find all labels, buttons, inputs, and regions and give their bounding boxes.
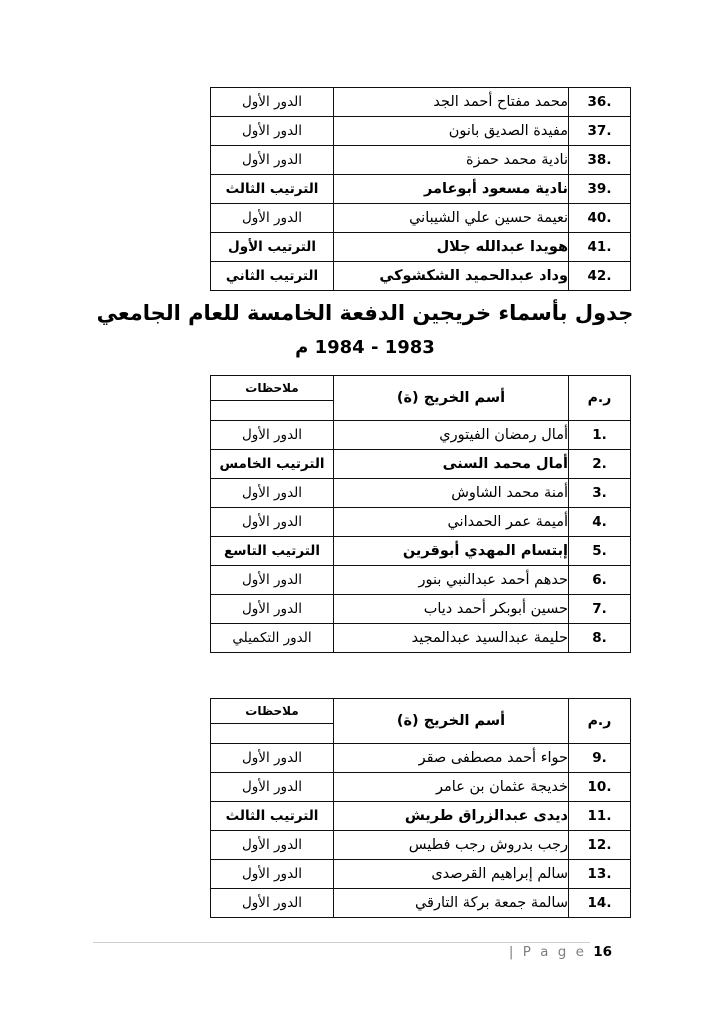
table-row: 38.نادية محمد حمزةالدور الأول [211, 146, 631, 175]
graduate-name: ديدى عبدالزراق طريش [334, 802, 569, 831]
row-number: 41. [569, 233, 631, 262]
table-row: 12.رجب بدروش رجب فطيسالدور الأول [211, 831, 631, 860]
result-note: الدور الأول [211, 595, 334, 624]
notes-header-label: ملاحظات [211, 699, 333, 724]
row-number: 7. [569, 595, 631, 624]
table-row: 1.أمال رمضان الفيتوريالدور الأول [211, 421, 631, 450]
row-number: 5. [569, 537, 631, 566]
table-row: 4.أميمة عمر الحمدانيالدور الأول [211, 508, 631, 537]
column-header-name: أسم الخريج (ة) [334, 699, 569, 744]
row-number: 13. [569, 860, 631, 889]
row-number: 40. [569, 204, 631, 233]
row-number: 12. [569, 831, 631, 860]
row-number: 2. [569, 450, 631, 479]
result-note: الدور الأول [211, 566, 334, 595]
column-header-number: ر.م [569, 376, 631, 421]
row-number: 11. [569, 802, 631, 831]
result-note: الدور الأول [211, 744, 334, 773]
result-note: الدور الأول [211, 421, 334, 450]
graduate-name: نادية محمد حمزة [334, 146, 569, 175]
result-note: الدور الأول [211, 889, 334, 918]
section-title: جدول بأسماء خريجين الدفعة الخامسة للعام … [70, 301, 660, 325]
graduate-name: مفيدة الصديق بانون [334, 117, 569, 146]
table-row: 37.مفيدة الصديق بانونالدور الأول [211, 117, 631, 146]
table-row: 2.أمال محمد السنىالترتيب الخامس [211, 450, 631, 479]
graduate-name: خديجة عثمان بن عامر [334, 773, 569, 802]
footer-divider [93, 942, 590, 943]
graduate-name: نادية مسعود أبوعامر [334, 175, 569, 204]
table-row: 3.أمنة محمد الشاوشالدور الأول [211, 479, 631, 508]
row-number: 36. [569, 88, 631, 117]
result-note: الدور الأول [211, 773, 334, 802]
table-header-row: ر.م أسم الخريج (ة) ملاحظات [211, 699, 631, 744]
table-row: 7.حسين أبوبكر أحمد ديابالدور الأول [211, 595, 631, 624]
table-row: 8.حليمة عبدالسيد عبدالمجيدالدور التكميلي [211, 624, 631, 653]
row-number: 6. [569, 566, 631, 595]
table-row: 40.نعيمة حسين علي الشيبانيالدور الأول [211, 204, 631, 233]
graduate-name: سالمة جمعة بركة التارقي [334, 889, 569, 918]
graduates-table-1-8: ر.م أسم الخريج (ة) ملاحظات 1.أمال رمضان … [210, 375, 631, 653]
result-note: الدور الأول [211, 88, 334, 117]
result-note: الدور الأول [211, 204, 334, 233]
graduate-name: حليمة عبدالسيد عبدالمجيد [334, 624, 569, 653]
page-number: 16 [593, 944, 612, 960]
row-number: 9. [569, 744, 631, 773]
table-row: 14.سالمة جمعة بركة التارقيالدور الأول [211, 889, 631, 918]
graduate-name: حدهم أحمد عبدالنبي بنور [334, 566, 569, 595]
section-subtitle-year: 1983 - 1984 م [70, 337, 660, 358]
row-number: 42. [569, 262, 631, 291]
result-note: الدور الأول [211, 860, 334, 889]
graduate-name: رجب بدروش رجب فطيس [334, 831, 569, 860]
row-number: 14. [569, 889, 631, 918]
notes-header-empty-cell [211, 724, 333, 743]
row-number: 10. [569, 773, 631, 802]
graduate-name: حواء أحمد مصطفى صقر [334, 744, 569, 773]
row-number: 3. [569, 479, 631, 508]
table-row: 6.حدهم أحمد عبدالنبي بنورالدور الأول [211, 566, 631, 595]
table-row: 41.هويدا عبدالله جلالالترتيب الأول [211, 233, 631, 262]
result-note: الترتيب الخامس [211, 450, 334, 479]
graduate-name: أمال رمضان الفيتوري [334, 421, 569, 450]
result-note: الدور الأول [211, 117, 334, 146]
table-row: 10.خديجة عثمان بن عامرالدور الأول [211, 773, 631, 802]
document-page: { "page": { "title": "جدول بأسماء خريجين… [0, 0, 724, 1024]
row-number: 39. [569, 175, 631, 204]
table-header-row: ر.م أسم الخريج (ة) ملاحظات [211, 376, 631, 421]
table-row: 39.نادية مسعود أبوعامرالترتيب الثالث [211, 175, 631, 204]
page-number-footer: | P a g e 16 [509, 944, 612, 960]
graduate-name: سالم إبراهيم القرصدى [334, 860, 569, 889]
graduates-table-9-14: ر.م أسم الخريج (ة) ملاحظات 9.حواء أحمد م… [210, 698, 631, 918]
page-label: | P a g e [509, 944, 593, 960]
notes-header-empty-cell [211, 401, 333, 420]
result-note: الدور الأول [211, 146, 334, 175]
result-note: الترتيب التاسع [211, 537, 334, 566]
column-header-notes: ملاحظات [211, 699, 334, 744]
graduate-name: نعيمة حسين علي الشيباني [334, 204, 569, 233]
row-number: 1. [569, 421, 631, 450]
result-note: الدور التكميلي [211, 624, 334, 653]
graduate-name: محمد مفتاح أحمد الجد [334, 88, 569, 117]
result-note: الترتيب الثالث [211, 802, 334, 831]
result-note: الترتيب الثاني [211, 262, 334, 291]
table-row: 5.إبتسام المهدي أبوقرينالترتيب التاسع [211, 537, 631, 566]
graduate-name: أمال محمد السنى [334, 450, 569, 479]
row-number: 37. [569, 117, 631, 146]
graduates-table-36-42: 36.محمد مفتاح أحمد الجدالدور الأول37.مفي… [210, 87, 631, 291]
table-row: 9.حواء أحمد مصطفى صقرالدور الأول [211, 744, 631, 773]
row-number: 8. [569, 624, 631, 653]
result-note: الترتيب الأول [211, 233, 334, 262]
result-note: الدور الأول [211, 831, 334, 860]
graduate-name: وداد عبدالحميد الشكشوكي [334, 262, 569, 291]
graduate-name: إبتسام المهدي أبوقرين [334, 537, 569, 566]
column-header-number: ر.م [569, 699, 631, 744]
result-note: الدور الأول [211, 508, 334, 537]
table-row: 13.سالم إبراهيم القرصدىالدور الأول [211, 860, 631, 889]
notes-header-label: ملاحظات [211, 376, 333, 401]
table-row: 42.وداد عبدالحميد الشكشوكيالترتيب الثاني [211, 262, 631, 291]
column-header-notes: ملاحظات [211, 376, 334, 421]
table-row: 36.محمد مفتاح أحمد الجدالدور الأول [211, 88, 631, 117]
graduate-name: حسين أبوبكر أحمد دياب [334, 595, 569, 624]
row-number: 4. [569, 508, 631, 537]
result-note: الدور الأول [211, 479, 334, 508]
column-header-name: أسم الخريج (ة) [334, 376, 569, 421]
result-note: الترتيب الثالث [211, 175, 334, 204]
graduate-name: هويدا عبدالله جلال [334, 233, 569, 262]
table-row: 11.ديدى عبدالزراق طريشالترتيب الثالث [211, 802, 631, 831]
graduate-name: أميمة عمر الحمداني [334, 508, 569, 537]
graduate-name: أمنة محمد الشاوش [334, 479, 569, 508]
row-number: 38. [569, 146, 631, 175]
